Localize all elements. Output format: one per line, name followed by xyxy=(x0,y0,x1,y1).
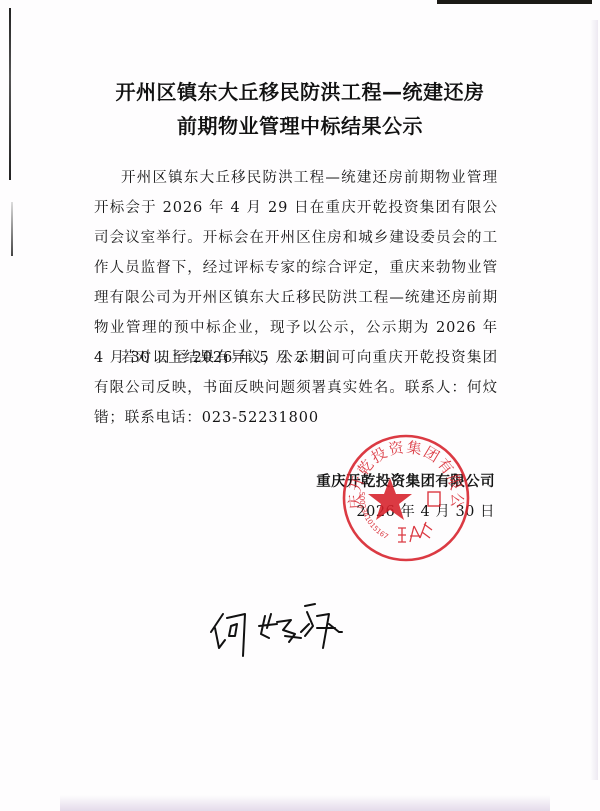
objection-contact-paragraph: 若对以上结果有异议，公示期间可向重庆开乾投资集团有限公司反映，书面反映问题须署真… xyxy=(94,343,498,433)
scan-edge-top xyxy=(437,0,592,4)
scan-edge-left-faint xyxy=(11,202,13,256)
issuer-name: 重庆开乾投资集团有限公司 xyxy=(316,470,495,491)
announcement-paragraph: 开州区镇东大丘移民防洪工程—统建还房前期物业管理开标会于 2026 年 4 月 … xyxy=(94,163,498,373)
handwritten-signature xyxy=(205,598,345,658)
document-title-line1: 开州区镇东大丘移民防洪工程—统建还房 xyxy=(0,76,600,105)
issue-date: 2026 年 4 月 30 日 xyxy=(356,500,495,521)
document-title-line2: 前期物业管理中标结果公示 xyxy=(0,110,600,139)
company-seal-icon: 重庆开乾投资集团有限公司 5002341015167 xyxy=(340,432,472,564)
scan-shadow-bottom xyxy=(60,795,550,811)
